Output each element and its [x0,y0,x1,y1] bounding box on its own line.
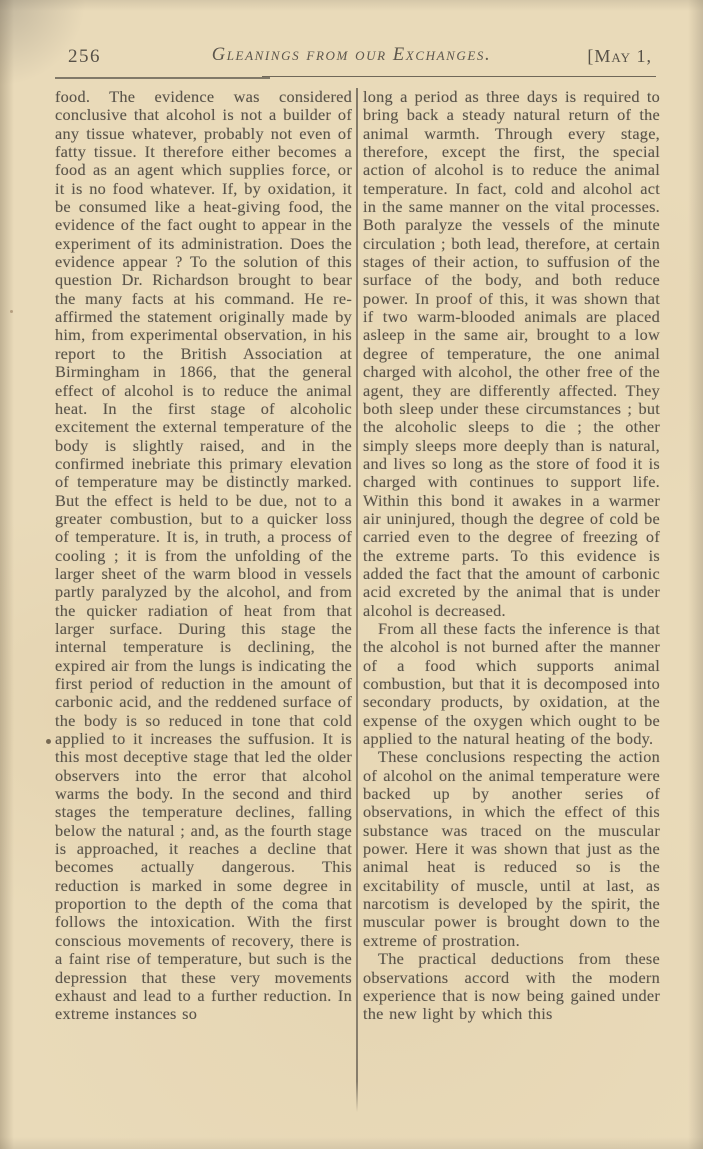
scanned-page: 256 Gleanings from our Exchanges. [May 1… [0,0,703,1149]
body-paragraph: long a period as three days is required … [363,88,660,620]
header-rule-right-segment [262,76,656,78]
left-column: food. The evidence was considered conclu… [55,88,352,1024]
right-column: long a period as three days is required … [363,88,660,1024]
running-title: Gleanings from our Exchanges. [60,45,643,66]
paper-spot [10,310,13,313]
body-paragraph: The practical deductions from these obse… [363,950,660,1023]
ink-speck [46,739,51,744]
body-paragraph: food. The evidence was considered conclu… [55,88,352,1024]
issue-date: [May 1, [587,46,652,67]
column-divider-rule [356,88,358,1112]
header-rule-left-segment [55,77,270,79]
body-paragraph: From all these facts the inference is th… [363,620,660,748]
body-paragraph: These conclusions respecting the action … [363,748,660,950]
